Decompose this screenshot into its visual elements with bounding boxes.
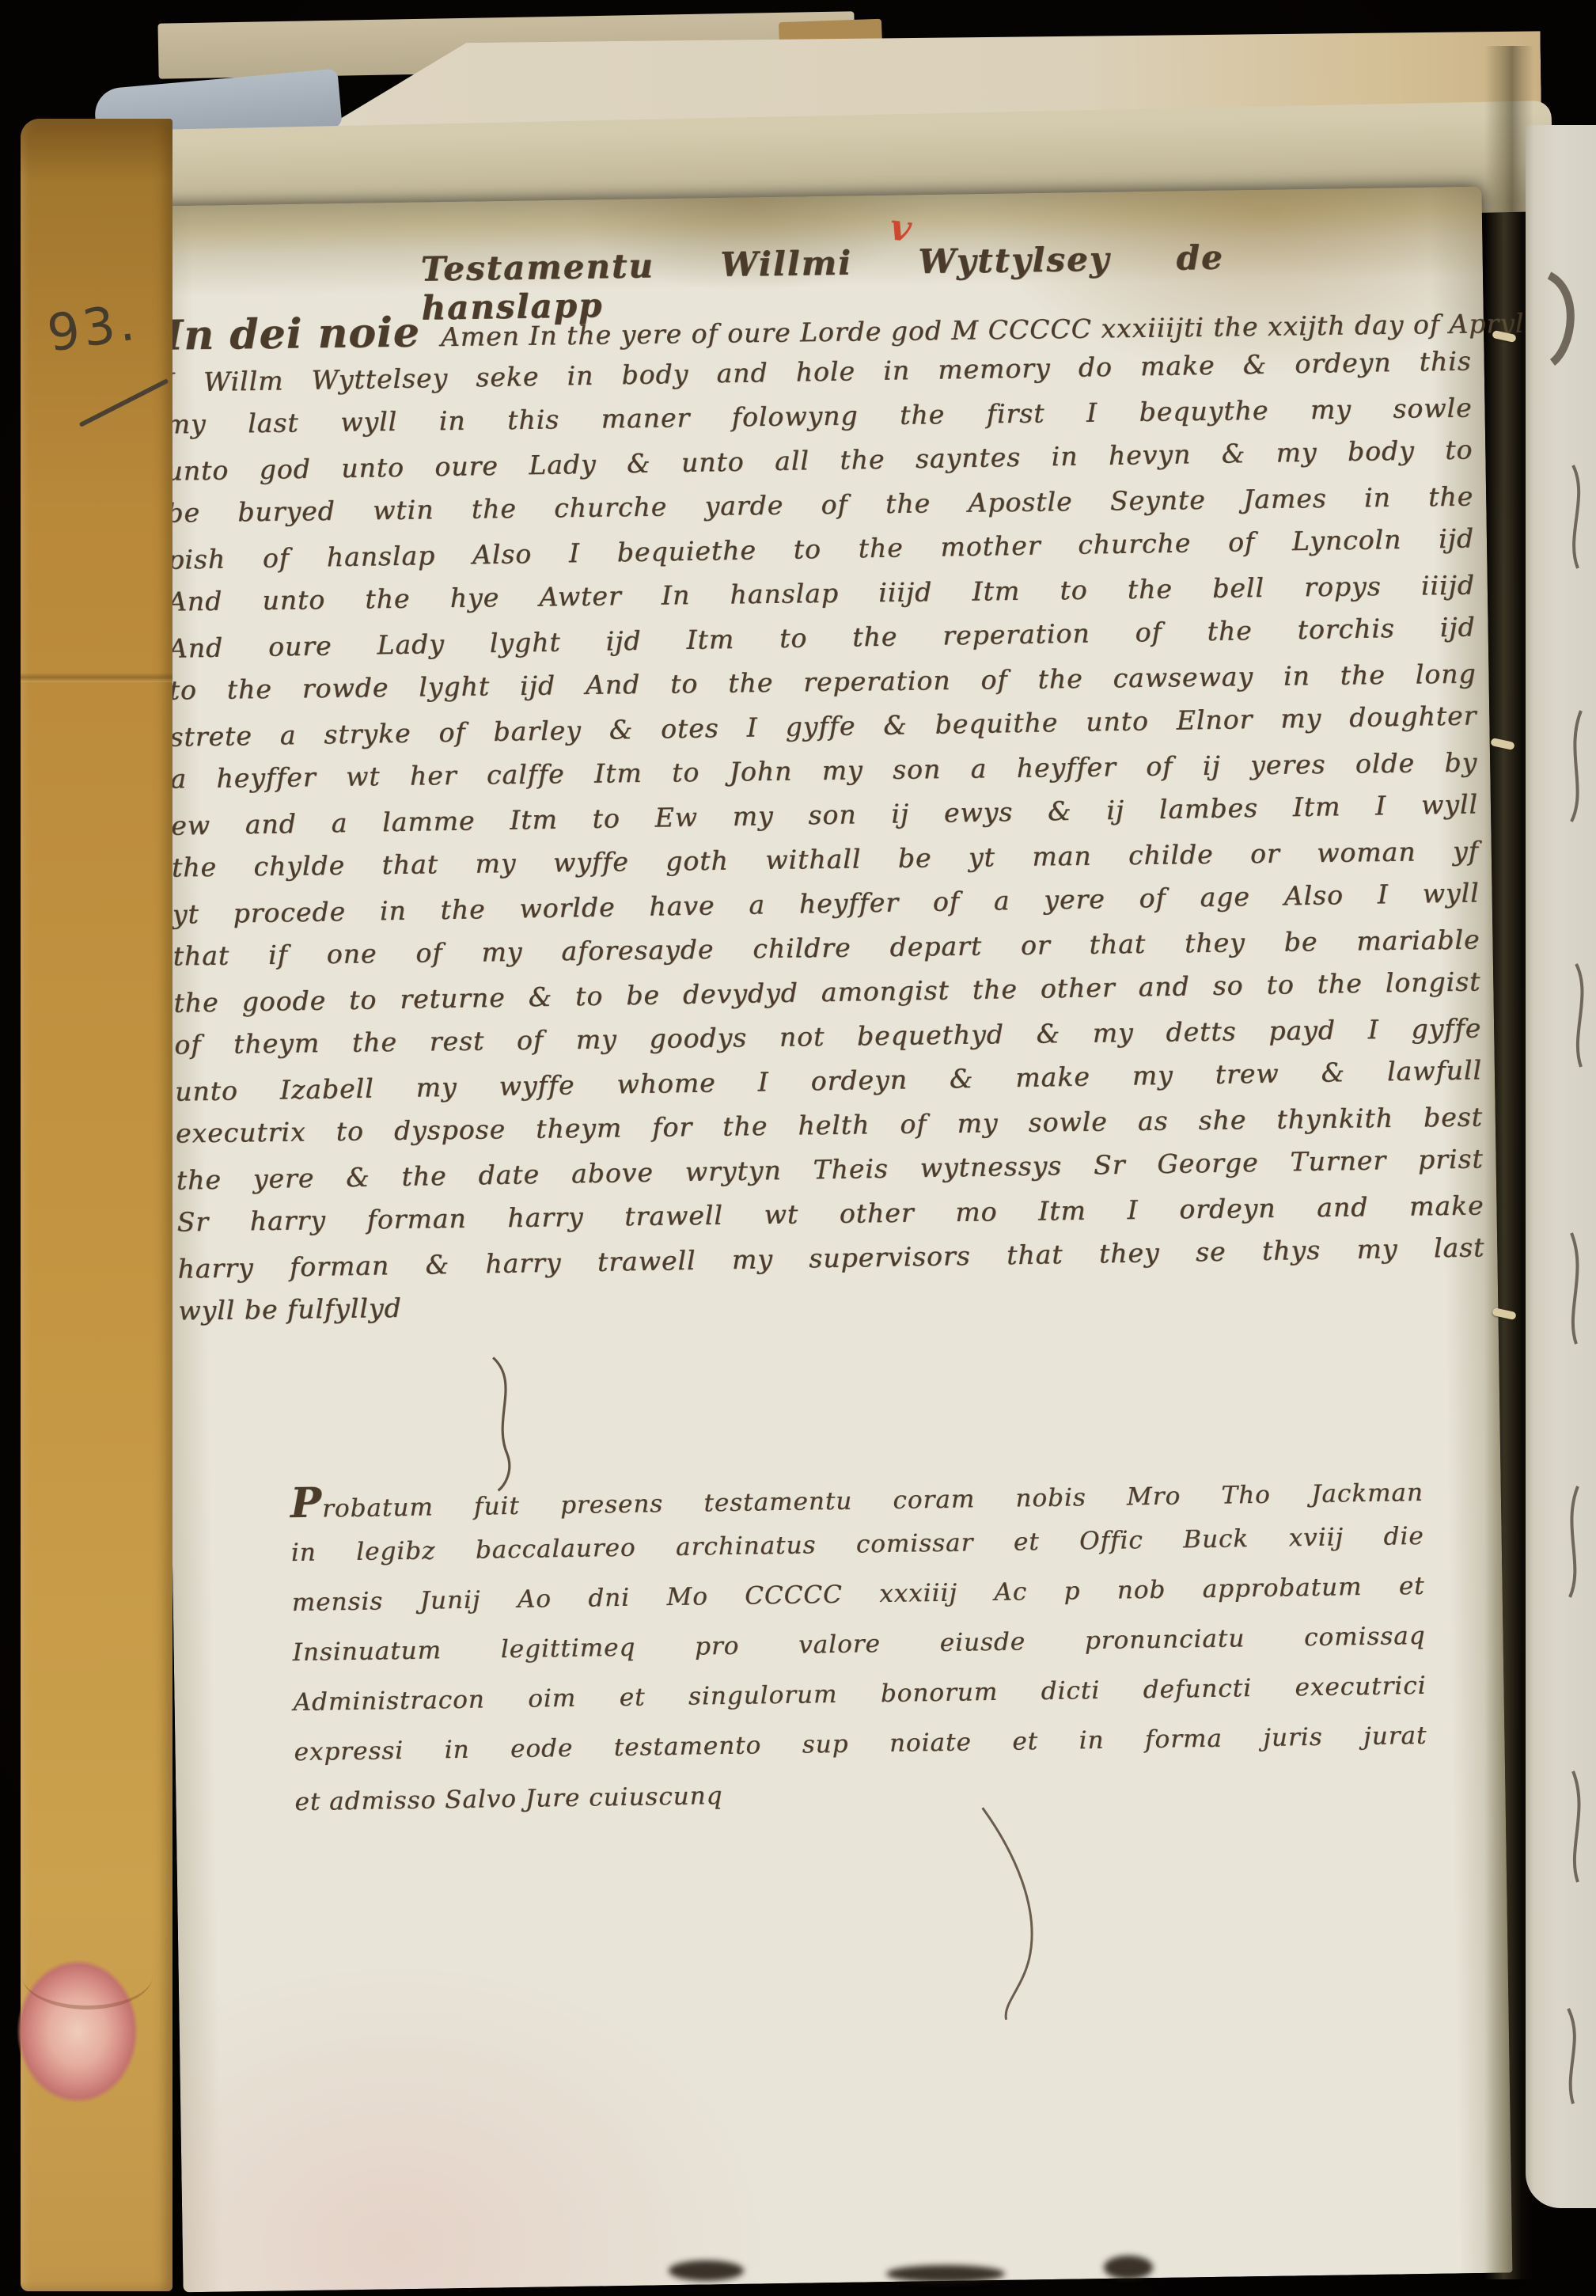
binding-gutter-shadow [1484, 46, 1533, 2279]
manuscript-body: In dei noieAmen In the yere of oure Lord… [164, 296, 1486, 1334]
pen-flourish [964, 1803, 1086, 2026]
bottom-edge-smudge [669, 2260, 744, 2281]
bottom-edge-smudge [886, 2265, 1005, 2283]
next-page-ink-strokes [1526, 125, 1596, 2208]
manuscript-page: v Testamentu Willmi Wyttylsey de hanslap… [153, 187, 1513, 2293]
probate-section: Probatum fuit presens testamentu coram n… [290, 1462, 1427, 1827]
photo-background: 93. v Testamentu Willmi Wyttylsey de han… [0, 0, 1596, 2296]
folio-number: 93. [44, 293, 141, 363]
bottom-edge-smudge [1104, 2256, 1153, 2279]
opening-words: In dei noie [164, 309, 421, 360]
next-page-sliver [1526, 125, 1596, 2208]
fingertip [8, 1937, 166, 2142]
